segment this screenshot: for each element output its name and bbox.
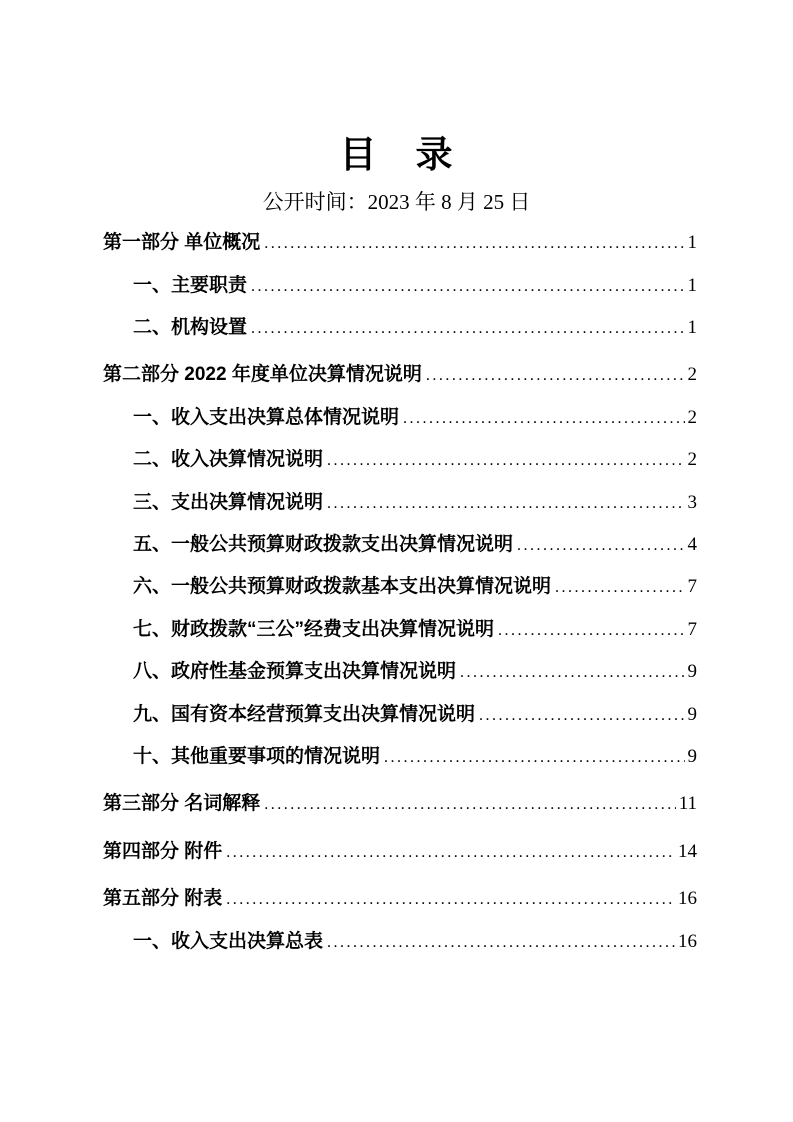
publish-date: 公开时间：2023 年 8 月 25 日: [0, 190, 793, 214]
toc-entry-label: 五、一般公共预算财政拨款支出决算情况说明: [133, 524, 513, 565]
toc-entry-page-number: 2: [688, 397, 698, 438]
toc-entry-label: 第五部分 附表: [103, 878, 222, 919]
dot-leader: ........................................…: [251, 308, 684, 349]
toc-entry[interactable]: 八、政府性基金预算支出决算情况说明 ......................…: [103, 651, 697, 693]
toc-entry-page-number: 1: [688, 265, 698, 306]
dot-leader: ........................................…: [555, 567, 684, 608]
toc-entry-page-number: 1: [688, 222, 698, 263]
dot-leader: ........................................…: [403, 398, 684, 439]
toc-entry-label: 七、财政拨款“三公”经费支出决算情况说明: [133, 609, 494, 650]
dot-leader: ........................................…: [517, 525, 684, 566]
toc-entry-label: 十、其他重要事项的情况说明: [133, 736, 380, 777]
toc-entry-label: 六、一般公共预算财政拨款基本支出决算情况说明: [133, 566, 551, 607]
dot-leader: ........................................…: [226, 879, 675, 920]
toc-entry-label: 二、收入决算情况说明: [133, 439, 323, 480]
dot-leader: ........................................…: [327, 440, 684, 481]
toc-entry[interactable]: 第五部分 附表 ................................…: [103, 878, 697, 920]
table-of-contents: 第一部分 单位概况 ..............................…: [103, 222, 697, 963]
dot-leader: ........................................…: [327, 483, 684, 524]
toc-entry-label: 一、收入支出决算总体情况说明: [133, 397, 399, 438]
toc-entry[interactable]: 三、支出决算情况说明 .............................…: [103, 482, 697, 524]
toc-entry-page-number: 9: [688, 694, 698, 735]
toc-entry[interactable]: 二、机构设置 .................................…: [103, 307, 697, 349]
toc-entry-page-number: 16: [678, 921, 697, 962]
toc-entry-label: 第二部分 2022 年度单位决算情况说明: [103, 354, 422, 395]
toc-entry-page-number: 7: [688, 609, 698, 650]
dot-leader: ........................................…: [264, 784, 675, 825]
dot-leader: ........................................…: [226, 832, 675, 873]
toc-entry-page-number: 9: [688, 736, 698, 777]
toc-entry-label: 一、主要职责: [133, 265, 247, 306]
dot-leader: ........................................…: [426, 355, 685, 396]
document-page: 目 录 公开时间：2023 年 8 月 25 日 第一部分 单位概况 .....…: [0, 0, 793, 1122]
toc-entry-label: 第一部分 单位概况: [103, 222, 260, 263]
toc-entry-page-number: 2: [688, 354, 698, 395]
toc-entry-page-number: 1: [688, 307, 698, 348]
dot-leader: ........................................…: [264, 223, 684, 264]
dot-leader: ........................................…: [479, 695, 684, 736]
dot-leader: ........................................…: [498, 610, 684, 651]
dot-leader: ........................................…: [327, 922, 675, 963]
toc-entry-page-number: 3: [688, 482, 698, 523]
toc-entry-label: 第三部分 名词解释: [103, 783, 260, 824]
toc-entry-page-number: 14: [678, 831, 697, 872]
toc-entry[interactable]: 七、财政拨款“三公”经费支出决算情况说明 ...................…: [103, 609, 697, 651]
toc-entry[interactable]: 十、其他重要事项的情况说明 ..........................…: [103, 736, 697, 778]
toc-entry-label: 三、支出决算情况说明: [133, 482, 323, 523]
toc-entry-label: 第四部分 附件: [103, 831, 222, 872]
toc-entry[interactable]: 五、一般公共预算财政拨款支出决算情况说明 ...................…: [103, 524, 697, 566]
toc-entry-page-number: 16: [678, 878, 697, 919]
toc-entry[interactable]: 第一部分 单位概况 ..............................…: [103, 222, 697, 264]
toc-entry[interactable]: 九、国有资本经营预算支出决算情况说明 .....................…: [103, 694, 697, 736]
toc-entry[interactable]: 六、一般公共预算财政拨款基本支出决算情况说明 .................…: [103, 566, 697, 608]
toc-entry-label: 二、机构设置: [133, 307, 247, 348]
toc-entry[interactable]: 第三部分 名词解释 ..............................…: [103, 783, 697, 825]
toc-entry-label: 一、收入支出决算总表: [133, 921, 323, 962]
toc-entry-page-number: 9: [688, 651, 698, 692]
toc-entry-page-number: 2: [688, 439, 698, 480]
toc-entry-page-number: 11: [679, 783, 697, 824]
dot-leader: ........................................…: [251, 266, 684, 307]
toc-entry[interactable]: 第四部分 附件 ................................…: [103, 831, 697, 873]
toc-entry-label: 九、国有资本经营预算支出决算情况说明: [133, 694, 475, 735]
toc-entry-page-number: 7: [688, 566, 698, 607]
page-title: 目 录: [0, 0, 793, 174]
toc-entry[interactable]: 一、收入支出决算总表 .............................…: [103, 921, 697, 963]
dot-leader: ........................................…: [384, 737, 684, 778]
dot-leader: ........................................…: [460, 652, 684, 693]
toc-entry[interactable]: 一、主要职责 .................................…: [103, 265, 697, 307]
toc-entry[interactable]: 一、收入支出决算总体情况说明 .........................…: [103, 397, 697, 439]
toc-entry[interactable]: 二、收入决算情况说明 .............................…: [103, 439, 697, 481]
toc-entry-page-number: 4: [688, 524, 698, 565]
toc-entry-label: 八、政府性基金预算支出决算情况说明: [133, 651, 456, 692]
toc-entry[interactable]: 第二部分 2022 年度单位决算情况说明 ...................…: [103, 354, 697, 396]
